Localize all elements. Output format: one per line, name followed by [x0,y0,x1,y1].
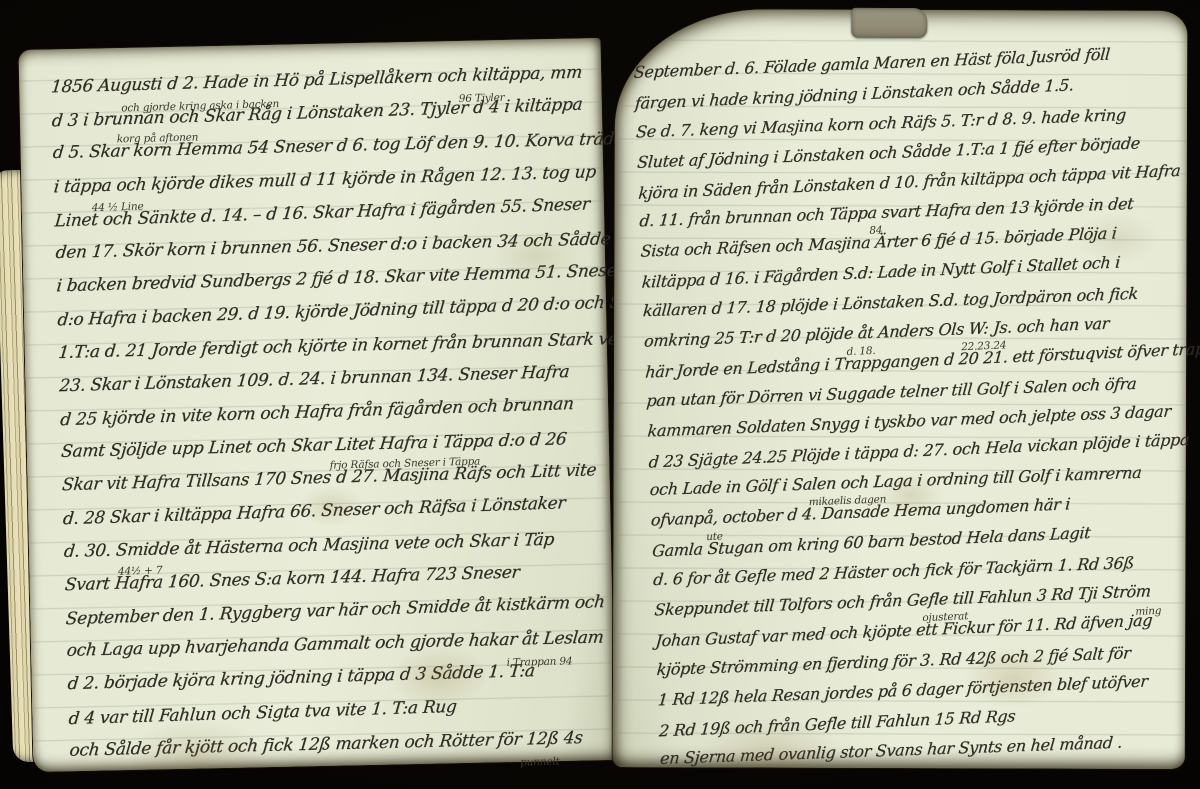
interlinear-note: 84 [869,225,882,237]
interlinear-note: d. 18. [846,345,875,358]
interlinear-note: ming [1135,605,1161,618]
tape-mark [851,8,927,38]
right-page: September d. 6. Fölade gamla Maren en Hä… [613,9,1188,769]
left-page-lines: och gjorde kring aska i backen96 Tjyler1… [51,62,606,767]
interlinear-note: 22.23.24 [961,339,1007,353]
interlinear-note: punnelt [520,756,560,769]
left-page: och gjorde kring aska i backen96 Tjyler1… [19,38,616,772]
right-page-lines: September d. 6. Fölade gamla Maren en Hä… [633,42,1200,780]
interlinear-note: 44½ + 7 [118,564,163,577]
interlinear-note: ute [706,531,723,544]
interlinear-note: ojusterat [922,610,968,624]
interlinear-note: 96 Tjyler [459,92,505,105]
interlinear-note: korg på aftonen [117,132,199,146]
interlinear-note: 44 ½ Line [92,200,144,214]
journal-book-spread: och gjorde kring aska i backen96 Tjyler1… [0,0,1200,789]
